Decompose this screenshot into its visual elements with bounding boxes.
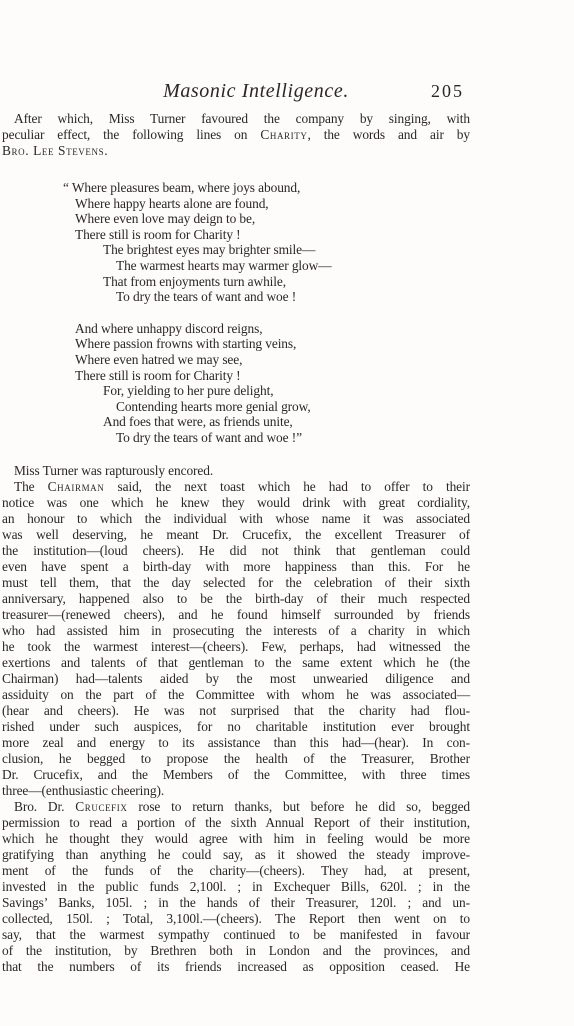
text-line: notice was one which he knew they would … xyxy=(2,495,470,511)
small-caps-text: Crucefix xyxy=(75,799,127,814)
text-line: Bro. Lee Stevens. xyxy=(2,143,470,159)
text-run: was well deserving, he meant Dr. Crucefi… xyxy=(2,527,470,542)
text-run: After which, Miss Turner favoured the co… xyxy=(14,111,470,126)
text-line: say, that the warmest sympathy continued… xyxy=(2,927,470,943)
small-caps-text: Bro. Lee Stevens. xyxy=(2,143,108,158)
body-text: Miss Turner was rapturously encored. The… xyxy=(2,463,470,975)
text-line: exertions and talents of that gentleman … xyxy=(2,655,470,671)
text-run: which he thought they would agree with h… xyxy=(2,831,470,846)
text-line: Miss Turner was rapturously encored. xyxy=(2,463,470,479)
text-line: The Chairman said, the next toast which … xyxy=(2,479,470,495)
text-line: three—(enthusiastic cheering). xyxy=(2,783,470,799)
page-content: After which, Miss Turner favoured the co… xyxy=(2,111,470,975)
poem-line: For, yielding to her pure delight, xyxy=(103,383,470,399)
poem-line: “ Where pleasures beam, where joys aboun… xyxy=(63,180,470,196)
text-line: collected, 150l. ; Total, 3,100l.—(cheer… xyxy=(2,911,470,927)
text-line: ment of the funds of the charity—(cheers… xyxy=(2,863,470,879)
text-run: the institution—(loud cheers). He did no… xyxy=(2,543,470,558)
text-line: Savings’ Banks, 105l. ; in the hands of … xyxy=(2,895,470,911)
poem-line: The warmest hearts may warmer glow— xyxy=(116,258,470,274)
text-run: invested in the public funds 2,100l. ; i… xyxy=(2,879,470,894)
text-line: After which, Miss Turner favoured the co… xyxy=(2,111,470,127)
text-line: he took the warmest interest—(cheers). F… xyxy=(2,639,470,655)
text-line: invested in the public funds 2,100l. ; i… xyxy=(2,879,470,895)
paragraph-intro: After which, Miss Turner favoured the co… xyxy=(2,111,470,159)
text-line: peculiar effect, the following lines on … xyxy=(2,127,470,143)
text-run: who had assisted him in prosecuting the … xyxy=(2,623,470,638)
text-line: which he thought they would agree with h… xyxy=(2,831,470,847)
poem: “ Where pleasures beam, where joys aboun… xyxy=(2,180,470,446)
text-run: an honour to which the individual with w… xyxy=(2,511,470,526)
paragraph-encore: Miss Turner was rapturously encored. xyxy=(2,463,470,479)
text-run: he took the warmest interest—(cheers). F… xyxy=(2,639,470,654)
text-line: clusion, he begged to propose the health… xyxy=(2,751,470,767)
paragraph-crucefix-reply: Bro. Dr. Crucefix rose to return thanks,… xyxy=(2,799,470,975)
text-line: gratifying than anything he could say, a… xyxy=(2,847,470,863)
text-run: treasurer—(renewed cheers), and he found… xyxy=(2,607,470,622)
poem-line: Where happy hearts alone are found, xyxy=(75,196,470,212)
text-line: an honour to which the individual with w… xyxy=(2,511,470,527)
text-run: must tell them, that the day selected fo… xyxy=(2,575,470,590)
poem-line: There still is room for Charity ! xyxy=(75,368,470,384)
text-run: of the institution, by Brethren both in … xyxy=(2,943,470,958)
text-run: that the numbers of its friends increase… xyxy=(2,959,470,974)
small-caps-text: Chairman xyxy=(48,479,105,494)
poem-line: Contending hearts more genial grow, xyxy=(116,399,470,415)
small-caps-text: Charity xyxy=(260,127,307,142)
text-run: , the words and air by xyxy=(307,127,470,142)
text-line: who had assisted him in prosecuting the … xyxy=(2,623,470,639)
text-line: must tell them, that the day selected fo… xyxy=(2,575,470,591)
text-line: permission to read a portion of the sixt… xyxy=(2,815,470,831)
poem-line: That from enjoyments turn awhile, xyxy=(103,274,470,290)
text-run: permission to read a portion of the sixt… xyxy=(2,815,470,830)
text-run: Bro. Dr. xyxy=(14,799,75,814)
text-run: peculiar effect, the following lines on xyxy=(2,127,260,142)
text-line: that the numbers of its friends increase… xyxy=(2,959,470,975)
text-line: more zeal and energy to its assistance t… xyxy=(2,735,470,751)
text-line: anniversary, happened also to be the bir… xyxy=(2,591,470,607)
text-run: collected, 150l. ; Total, 3,100l.—(cheer… xyxy=(2,911,470,926)
text-line: even have spent a birth-day with more ha… xyxy=(2,559,470,575)
text-line: rished under such auspices, for no chari… xyxy=(2,719,470,735)
text-run: assiduity on the part of the Committee w… xyxy=(2,687,470,702)
text-line: Dr. Crucefix, and the Members of the Com… xyxy=(2,767,470,783)
text-run: Miss Turner was rapturously encored. xyxy=(14,463,213,478)
text-run: gratifying than anything he could say, a… xyxy=(2,847,470,862)
page-number: 205 xyxy=(431,81,464,102)
text-line: assiduity on the part of the Committee w… xyxy=(2,687,470,703)
poem-line: Where passion frowns with starting veins… xyxy=(75,336,470,352)
text-run: anniversary, happened also to be the bir… xyxy=(2,591,470,606)
text-run: more zeal and energy to its assistance t… xyxy=(2,735,470,750)
text-run: Chairman) had—talents aided by the most … xyxy=(2,671,470,686)
text-line: of the institution, by Brethren both in … xyxy=(2,943,470,959)
text-line: (hear and cheers). He was not surprised … xyxy=(2,703,470,719)
text-run: notice was one which he knew they would … xyxy=(2,495,470,510)
text-line: Bro. Dr. Crucefix rose to return thanks,… xyxy=(2,799,470,815)
poem-line: The brightest eyes may brighter smile— xyxy=(103,242,470,258)
poem-line: Where even love may deign to be, xyxy=(75,211,470,227)
book-page: Masonic Intelligence. 205 After which, M… xyxy=(0,0,574,1026)
text-run: say, that the warmest sympathy continued… xyxy=(2,927,470,942)
text-line: the institution—(loud cheers). He did no… xyxy=(2,543,470,559)
poem-line: There still is room for Charity ! xyxy=(75,227,470,243)
text-line: was well deserving, he meant Dr. Crucefi… xyxy=(2,527,470,543)
text-run: (hear and cheers). He was not surprised … xyxy=(2,703,470,718)
text-run: clusion, he begged to propose the health… xyxy=(2,751,470,766)
poem-line: To dry the tears of want and woe ! xyxy=(116,289,470,305)
text-run: even have spent a birth-day with more ha… xyxy=(2,559,470,574)
text-run: Dr. Crucefix, and the Members of the Com… xyxy=(2,767,470,782)
text-line: treasurer—(renewed cheers), and he found… xyxy=(2,607,470,623)
poem-line: And foes that were, as friends unite, xyxy=(103,414,470,430)
text-line: Chairman) had—talents aided by the most … xyxy=(2,671,470,687)
text-run: exertions and talents of that gentleman … xyxy=(2,655,470,670)
poem-stanza-2: And where unhappy discord reigns,Where p… xyxy=(2,321,470,446)
text-run: The xyxy=(14,479,48,494)
text-run: three—(enthusiastic cheering). xyxy=(2,783,164,798)
poem-line: Where even hatred we may see, xyxy=(75,352,470,368)
text-run: rished under such auspices, for no chari… xyxy=(2,719,470,734)
text-run: rose to return thanks, but before he did… xyxy=(127,799,470,814)
poem-line: And where unhappy discord reigns, xyxy=(75,321,470,337)
text-run: ment of the funds of the charity—(cheers… xyxy=(2,863,470,878)
paragraph-chairman-toast: The Chairman said, the next toast which … xyxy=(2,479,470,799)
text-run: said, the next toast which he had to off… xyxy=(104,479,470,494)
poem-stanza-1: “ Where pleasures beam, where joys aboun… xyxy=(2,180,470,305)
poem-line: To dry the tears of want and woe !” xyxy=(116,430,470,446)
text-run: Savings’ Banks, 105l. ; in the hands of … xyxy=(2,895,470,910)
